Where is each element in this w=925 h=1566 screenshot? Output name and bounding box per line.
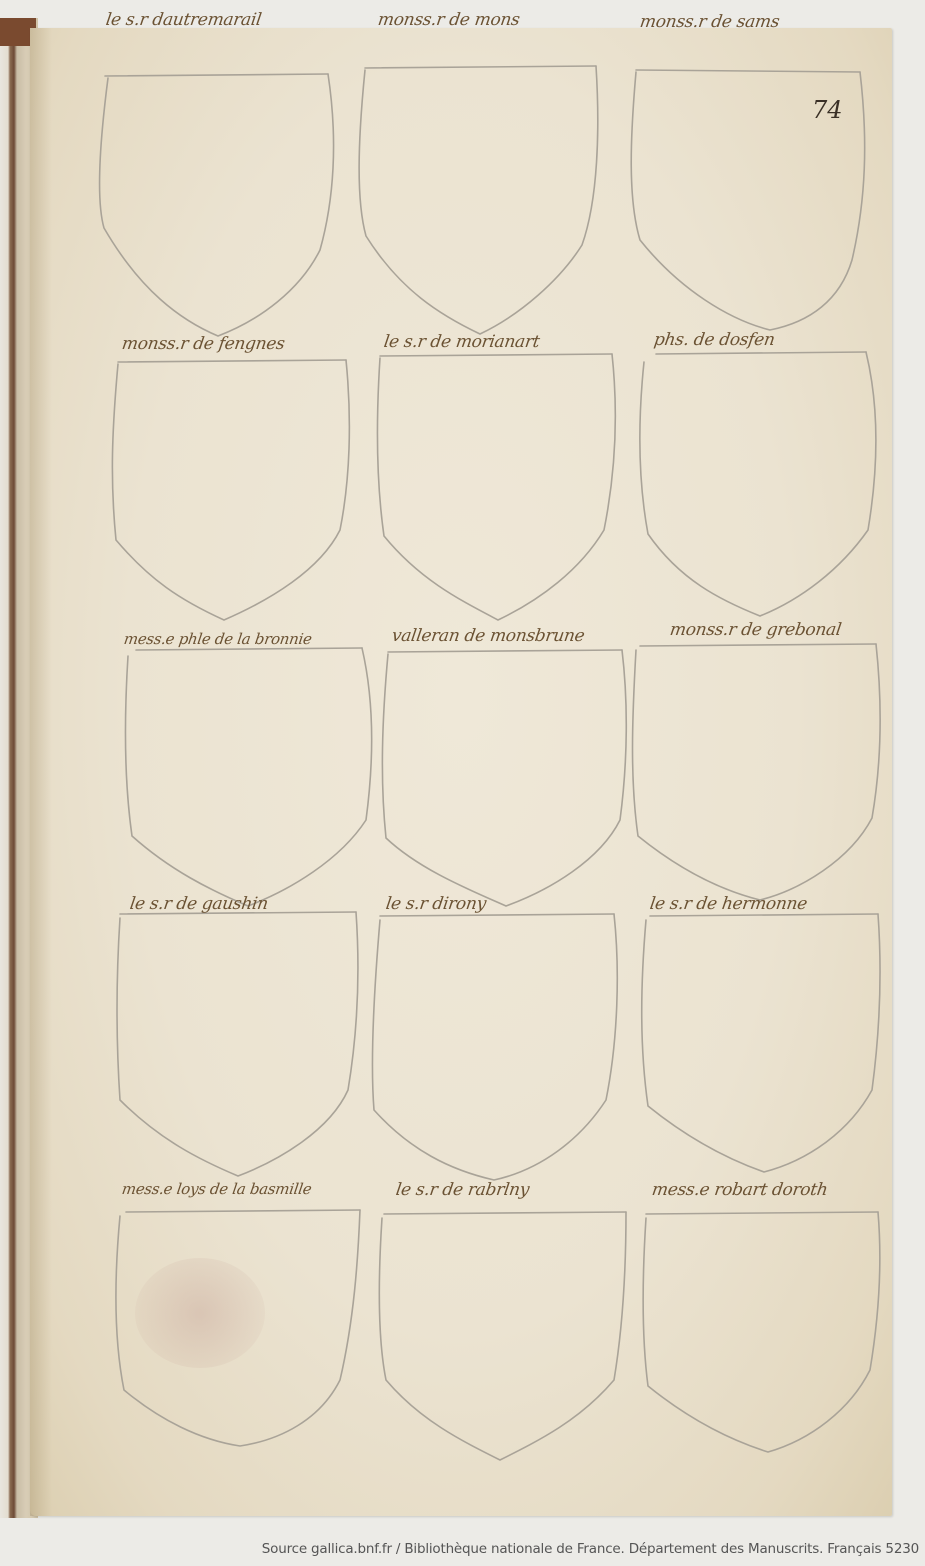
shield-label-r1c3: monss.r de sams bbox=[639, 12, 781, 32]
shield-label-r5c2: le s.r de rabrlny bbox=[395, 1180, 531, 1200]
shield-label-r1c1: le s.r dautremarail bbox=[105, 10, 263, 30]
shield-outline-r1c2 bbox=[359, 66, 598, 334]
shield-outline-r5c2 bbox=[379, 1212, 626, 1460]
shield-label-r1c2: monss.r de mons bbox=[377, 10, 521, 30]
shield-outline-r3c2 bbox=[382, 650, 626, 906]
shield-outline-r5c3 bbox=[643, 1212, 880, 1452]
shield-label-r5c3: mess.e robart doroth bbox=[651, 1180, 829, 1200]
shield-label-r3c2: valleran de monsbrune bbox=[391, 626, 586, 646]
shield-outline-r2c1 bbox=[112, 360, 349, 620]
shield-label-r2c2: le s.r de morianart bbox=[383, 332, 541, 352]
shield-label-r2c1: monss.r de fengnes bbox=[121, 334, 286, 354]
shield-outline-r3c1 bbox=[125, 648, 371, 906]
shield-outline-r4c2 bbox=[372, 914, 617, 1180]
source-attribution: Source gallica.bnf.fr / Bibliothèque nat… bbox=[262, 1541, 919, 1557]
shield-grid bbox=[0, 0, 925, 1566]
shield-outline-r1c1 bbox=[100, 74, 334, 336]
shield-label-r3c3: monss.r de grebonal bbox=[669, 620, 843, 640]
shield-outline-r3c3 bbox=[633, 644, 881, 900]
shield-label-r4c2: le s.r dirony bbox=[385, 894, 488, 914]
shield-label-r5c1: mess.e loys de la basmille bbox=[121, 1180, 313, 1198]
shield-outline-r2c2 bbox=[377, 354, 615, 620]
shield-label-r2c3: phs. de dosfen bbox=[653, 330, 776, 350]
shield-label-r4c3: le s.r de hermonne bbox=[649, 894, 809, 914]
shield-outline-r2c3 bbox=[640, 352, 876, 616]
folio-number: 74 bbox=[812, 96, 843, 124]
shield-outline-r5c1 bbox=[116, 1210, 360, 1446]
shield-outline-r4c1 bbox=[117, 912, 358, 1176]
shield-outline-r4c3 bbox=[642, 914, 880, 1172]
shield-label-r3c1: mess.e phle de la bronnie bbox=[123, 630, 313, 648]
shield-label-r4c1: le s.r de gaushin bbox=[129, 894, 270, 914]
